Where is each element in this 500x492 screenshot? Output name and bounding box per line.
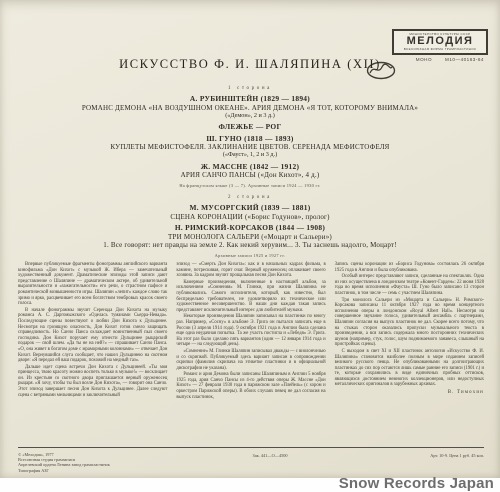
price-line: Арт. 10-9. Цена 1 руб. 45 коп. (430, 453, 484, 473)
melodiya-logo: МИНИСТЕРСТВО КУЛЬТУРЫ СССР МЕЛОДИЯ ВСЕСО… (366, 29, 488, 55)
side1-label: 1 сторона (30, 86, 470, 91)
logo-firm-text: ВСЕСОЮЗНАЯ ФИРМА ГРАМПЛАСТИНОК (397, 47, 483, 51)
album-back-cover: МИНИСТЕРСТВО КУЛЬТУРЫ СССР МЕЛОДИЯ ВСЕСО… (0, 0, 500, 492)
album-title: ИСКУССТВО Ф. И. ШАЛЯПИНА (XII) (0, 57, 500, 72)
track-line-title: АРИЯ САНЧО ПАНСЫ («Дон Кихот», 4 д.) (30, 171, 470, 179)
notes-paragraph: Запись сцены коронации из «Бориса Годуно… (335, 262, 484, 273)
notes-paragraph: В начале фонограммы звучит Серенада Дон … (18, 308, 167, 364)
printer-line: Типография АЗГ (18, 468, 110, 473)
track-line-title: КУПЛЕТЫ МЕФИСТОФЕЛЯ. ЗАКЛИНАНИЕ ЦВЕТОВ. … (30, 143, 470, 151)
record-sleeve-scan: МИНИСТЕРСТВО КУЛЬТУРЫ СССР МЕЛОДИЯ ВСЕСО… (0, 0, 500, 478)
notes-paragraph: эпизод — «Смерть Дон Кихота»: как и в на… (176, 262, 325, 279)
imprint-left: © «Мелодия», 1977 Всесоюзная студия грам… (18, 452, 110, 473)
track-line-composer: Н. РИМСКИЙ-КОРСАКОВ (1844 — 1908) (30, 224, 470, 232)
tracklist: 1 сторона А. РУБИНШТЕЙН (1829 — 1894) РО… (30, 86, 470, 258)
track-line-title: СЦЕНА КОРОНАЦИИ («Борис Годунов», пролог… (30, 213, 470, 221)
track-line-composer: Ш. ГУНО (1818 — 1893) (30, 135, 470, 143)
side1-note: На французском языке (3 — 7). Архивные з… (30, 183, 470, 188)
notes-paragraph: Впервые публикуемые фрагменты фонограммы… (18, 262, 167, 307)
liner-notes-column-1: Впервые публикуемые фрагменты фонограммы… (18, 262, 167, 401)
track-line-title: ТРИ МОНОЛОГА САЛЬЕРИ («Моцарт и Сальери»… (30, 233, 470, 241)
track-line-composer: А. РУБИНШТЕЙН (1829 — 1894) (30, 95, 470, 103)
track-line-source: («Фауст», 1, 2 и 3 д.) (30, 151, 470, 159)
notes-paragraph: Камерные произведения, включенные в наст… (176, 280, 325, 314)
track-line-composer: Ж. МАССНЕ (1842 — 1912) (30, 163, 470, 171)
notes-paragraph: С выходом в свет XI и XII пластинок анто… (335, 349, 484, 388)
author-signature: В. Тимохин (335, 390, 484, 396)
watermark: Snow Records Japan (339, 475, 494, 492)
side2-label: 2 сторона (30, 195, 470, 200)
side2-note: Архивные записи 1925 и 1927 гг. (30, 253, 470, 258)
notes-paragraph: Особый интерес представляют записи, сдел… (335, 274, 484, 296)
footer-divider (18, 447, 484, 448)
track-line-composer: ФЛЕЖЬЕ — РОГ (30, 123, 470, 131)
liner-notes-column-3: Запись сцены коронации из «Бориса Годуно… (335, 262, 484, 401)
track-line-composer: М. МУСОРГСКИЙ (1839 — 1881) (30, 204, 470, 212)
logo-brand-text: МЕЛОДИЯ (397, 36, 483, 47)
order-number: Зак. 441—О—4500 (253, 453, 288, 473)
notes-paragraph: Романс и ария Демона были записаны Шаляп… (176, 372, 325, 400)
track-line-movements: 1. Все говорят: нет правды на земле 2. К… (30, 241, 470, 249)
plant-line: Апрелевский ордена Ленина завод грамплас… (18, 462, 110, 467)
liner-notes: Впервые публикуемые фрагменты фонограммы… (18, 262, 484, 401)
liner-notes-column-2: эпизод — «Смерть Дон Кихота»: как и в на… (176, 262, 325, 401)
notes-paragraph: Дальше идет сцена встречи Дон Кихота с Д… (18, 365, 167, 399)
melodiya-logo-box: МИНИСТЕРСТВО КУЛЬТУРЫ СССР МЕЛОДИЯ ВСЕСО… (392, 29, 488, 55)
track-line-title: РОМАНС ДЕМОНА «НА ВОЗДУШНОМ ОКЕАНЕ». АРИ… (30, 104, 470, 112)
imprint-block: © «Мелодия», 1977 Всесоюзная студия грам… (18, 452, 484, 473)
notes-paragraph: «Сомнение» М. Глинки Шаляпин записывал д… (176, 349, 325, 371)
track-line-source: («Демон», 2 и 3 д.) (30, 112, 470, 120)
notes-paragraph: Три монолога Сальери из «Моцарта и Салье… (335, 298, 484, 348)
notes-paragraph: Некоторые произведения Шаляпин записывал… (176, 314, 325, 348)
